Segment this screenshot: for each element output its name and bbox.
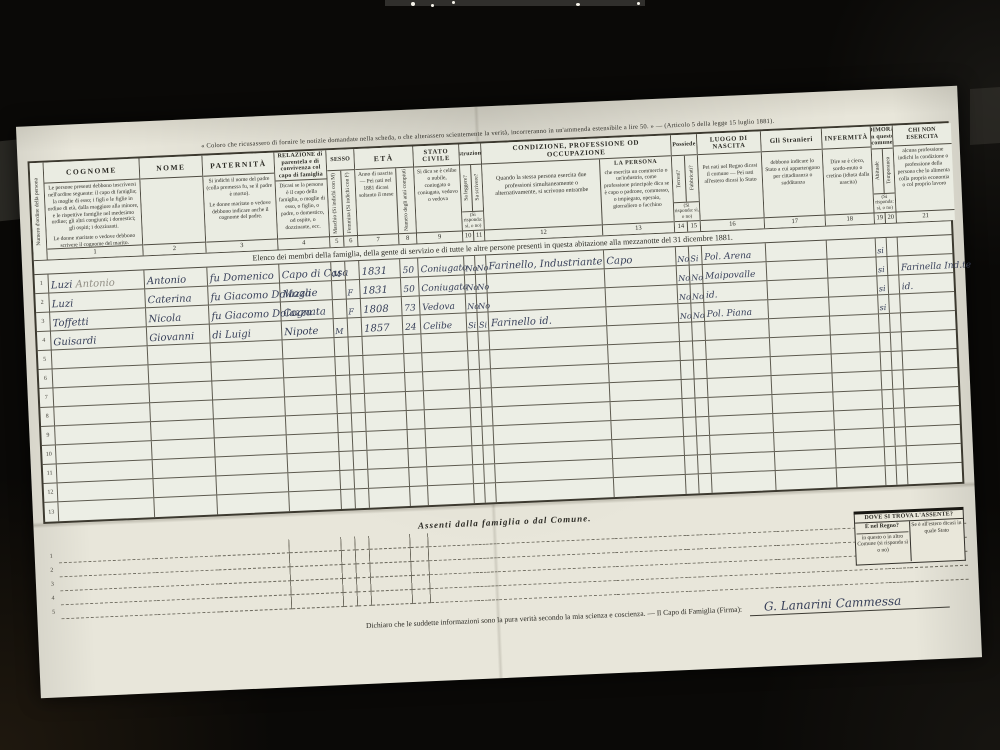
cell-stato-civile xyxy=(427,465,474,485)
cell-paternita: fu Domenico xyxy=(207,264,280,285)
cell-anni-compiuti xyxy=(403,334,422,353)
cell-chi-non-esercita xyxy=(903,368,962,389)
cell-sesso-m xyxy=(343,578,358,593)
cell-terreni xyxy=(686,474,700,494)
cell-sa-scrivere xyxy=(487,586,499,600)
cell-sesso-m xyxy=(340,470,355,489)
cell-anno-nascita xyxy=(368,468,410,488)
col-eta-label: ETÀ xyxy=(354,147,413,171)
cell-chi-non-esercita xyxy=(903,349,962,370)
cell-fabbricati xyxy=(692,322,706,341)
cell-stranieri xyxy=(767,260,829,281)
cell-anni-compiuti xyxy=(409,467,428,486)
cell-nome: Caterina xyxy=(145,287,209,308)
cell-stato-civile: Coniugato xyxy=(418,256,465,276)
cell-dimora-abituale xyxy=(881,371,893,389)
cell-dimora-abituale xyxy=(884,428,896,446)
cell-sa-scrivere: No xyxy=(477,293,489,311)
cell-fabbricati xyxy=(696,417,710,436)
cell-dimora-temporanea xyxy=(896,446,908,464)
cell-anni-compiuti xyxy=(407,410,426,429)
cell-infermita xyxy=(836,447,886,467)
cell-sa-scrivere: No xyxy=(476,274,488,292)
cell-relazione xyxy=(283,338,336,358)
col-group-eta: ETÀ Anno di nascita — Pei nati nel 1881 … xyxy=(354,147,417,246)
col-relazione-num: 4 xyxy=(278,236,329,249)
col-nome: NOME 2 xyxy=(139,156,206,256)
cell-terreni xyxy=(685,455,699,474)
cell-relazione: Cognata xyxy=(281,300,334,320)
census-sheet: « Coloro che ricusassero di fornire le n… xyxy=(16,86,982,699)
cell-anni-compiuti xyxy=(410,533,429,548)
cell-stato-civile xyxy=(426,427,473,447)
cell-stranieri xyxy=(776,468,838,490)
col-paternita-desc-2: Le donne maritate o vedove debbono indic… xyxy=(206,199,274,223)
row-number: 4 xyxy=(37,331,52,350)
cell-nome xyxy=(153,457,217,478)
cell-anno-nascita xyxy=(362,335,404,355)
cell-sesso-f: F xyxy=(347,299,362,318)
cell-chi-non-esercita: Farinella Ind.te xyxy=(898,254,957,275)
cell-dimora-abituale xyxy=(881,352,893,370)
cell-sa-leggere xyxy=(475,559,487,573)
cell-stato-civile: Coniugata xyxy=(419,275,466,295)
cell-paternita xyxy=(216,454,289,475)
dove-box-regno-desc: in questo o in altro Comune (si risponda… xyxy=(857,533,908,554)
cell-anno-nascita xyxy=(366,411,408,431)
cell-anni-compiuti xyxy=(410,486,429,506)
cell-terreni xyxy=(682,379,696,398)
cell-dimora-temporanea xyxy=(890,313,902,331)
cell-terreni xyxy=(686,521,700,536)
cell-sa-scrivere xyxy=(478,331,490,349)
cell-paternita xyxy=(217,492,290,514)
cell-sesso-m xyxy=(339,432,354,451)
cell-sesso-f xyxy=(358,592,373,607)
cell-paternita xyxy=(213,397,286,418)
cell-fabbricati xyxy=(701,577,715,592)
cell-fabbricati xyxy=(700,549,714,564)
cell-sa-scrivere xyxy=(484,464,496,482)
col-nome-label: NOME xyxy=(139,156,202,180)
cell-dimora-abituale xyxy=(882,390,894,408)
cell-anno-nascita xyxy=(367,449,409,469)
cell-sa-scrivere: Si xyxy=(478,312,490,330)
cell-fabbricati xyxy=(699,521,713,536)
cell-relazione xyxy=(285,395,338,415)
col-terreni-label: Terreni? xyxy=(675,169,682,188)
col-dimora-note: (Si risponda: sì, o no) xyxy=(874,192,896,212)
cell-stranieri xyxy=(770,335,832,356)
cell-nome xyxy=(153,476,217,497)
cell-stato-civile xyxy=(424,389,471,409)
photo-light-strip xyxy=(385,0,645,6)
cell-infermita xyxy=(837,466,887,487)
cell-dimora-abituale: si xyxy=(876,257,888,275)
cell-terreni xyxy=(687,549,701,564)
cell-anni-compiuti: 24 xyxy=(403,315,422,334)
cell-luogo-nascita: Pol. Piana xyxy=(704,300,769,321)
cell-fabbricati: No xyxy=(690,284,704,303)
cell-sa-leggere xyxy=(468,351,480,369)
cell-chi-non-esercita xyxy=(906,425,965,446)
col-group-condizione: CONDIZIONE, PROFESSIONE OD OCCUPAZIONE Q… xyxy=(481,135,675,240)
col-eta-anni-label: Numero degli anni compiuti xyxy=(402,169,411,231)
cell-sesso-m xyxy=(337,394,352,413)
cell-relazione xyxy=(287,433,340,453)
col-dimora-temporanea-label: Temporanea xyxy=(885,157,892,184)
row-number: 12 xyxy=(44,483,59,502)
cell-infermita xyxy=(833,390,883,410)
cell-anno-nascita: 1831 xyxy=(359,259,401,279)
row-number: 7 xyxy=(39,388,54,407)
col-stato-civile: STATO CIVILE Si dica se è celibe o nubil… xyxy=(413,145,463,244)
cell-stranieri xyxy=(769,316,831,337)
cell-stato-civile xyxy=(428,484,475,505)
cell-fabbricati xyxy=(698,455,712,474)
cell-sa-scrivere xyxy=(483,426,495,444)
col-sesso-nums: 56 xyxy=(330,235,357,247)
cell-fabbricati: No xyxy=(690,265,704,284)
cell-sesso-f xyxy=(353,432,368,451)
cell-dimora-abituale xyxy=(885,447,897,465)
cell-stato-civile xyxy=(421,332,468,352)
cell-nome xyxy=(157,598,221,615)
cell-anni-compiuti xyxy=(408,448,427,467)
col-infermita-label: INFERMITÀ xyxy=(822,127,871,150)
cell-sesso-f xyxy=(348,318,363,337)
cell-luogo-nascita xyxy=(708,395,773,416)
col-stato-desc: Si dica se è celibe o nubile, coniugato … xyxy=(414,166,462,233)
cell-sa-leggere: No xyxy=(465,275,477,293)
col-infermita: INFERMITÀ Dire se è cieco, sordo-muto o … xyxy=(822,127,875,226)
cell-relazione xyxy=(288,452,341,472)
cell-infermita xyxy=(831,333,881,353)
cell-chi-non-esercita: id. xyxy=(899,273,958,294)
col-relazione-desc: Dicasi se la persona è il capo della fam… xyxy=(276,180,329,239)
cell-professione xyxy=(496,478,615,502)
cell-luogo-nascita: id. xyxy=(703,281,768,302)
head-of-family-signature: G. Lanarini Cammessa xyxy=(750,592,950,617)
background-paper-edge xyxy=(970,87,1000,145)
col-dimora-abituale-label: Abituale xyxy=(874,161,881,180)
cell-dimora-abituale: si xyxy=(877,276,889,294)
cell-sesso-m xyxy=(341,489,356,509)
cell-sa-leggere xyxy=(472,427,484,445)
cell-relazione xyxy=(289,490,342,511)
cell-sesso-m xyxy=(342,550,357,565)
cell-anni-compiuti xyxy=(404,353,423,372)
cell-chi-non-esercita xyxy=(900,292,959,313)
cell-stranieri xyxy=(778,571,840,588)
cell-chi-non-esercita xyxy=(898,235,957,256)
cell-dimora-temporanea xyxy=(894,408,906,426)
cell-terreni xyxy=(680,341,694,360)
cell-infermita xyxy=(828,276,878,296)
col-la-persona-desc: LA PERSONA che esercita un commercio o u… xyxy=(600,156,674,224)
cell-la-persona: Capo xyxy=(604,247,677,268)
cell-anni-compiuti xyxy=(408,429,427,448)
cell-anni-compiuti: 50 xyxy=(401,277,420,296)
row-number: 3 xyxy=(36,313,51,332)
cell-sa-leggere xyxy=(474,531,486,545)
cell-anni-compiuti xyxy=(411,561,430,576)
cell-stranieri xyxy=(767,279,829,300)
cell-stranieri xyxy=(773,411,835,432)
cell-sa-leggere xyxy=(476,587,488,601)
col-dimora-label: DIMORA in questo comune xyxy=(871,126,893,150)
cell-sa-leggere xyxy=(473,465,485,483)
cell-stato-civile: Celibe xyxy=(421,313,468,333)
census-photo: { "colors":{"background":"#0a0907","pape… xyxy=(0,0,1000,750)
cell-cognome xyxy=(61,601,158,619)
col-istruzione-note: (Si risponda: sì, o no) xyxy=(462,210,484,230)
col-possiede-note: (Si risponda: sì, o no) xyxy=(674,201,700,222)
col-cognome: COGNOME Le persone presenti debbono insc… xyxy=(44,158,144,259)
cell-luogo-nascita: Maipovalle xyxy=(703,262,768,283)
col-luogo-desc: Pei nati nel Regno dicasi il comune — Pe… xyxy=(698,152,764,220)
row-number: 10 xyxy=(42,445,57,464)
row-number: 13 xyxy=(44,502,59,522)
cell-sa-scrivere: No xyxy=(475,255,487,273)
cell-sesso-f xyxy=(348,337,363,356)
cell-sesso-m xyxy=(332,281,347,300)
col-possiede-nums: 1415 xyxy=(675,220,700,232)
cell-infermita xyxy=(828,257,878,277)
col-stato-num: 9 xyxy=(417,230,462,243)
cell-fabbricati xyxy=(701,563,715,578)
cell-chi-non-esercita xyxy=(902,330,961,351)
cell-luogo-nascita xyxy=(709,414,774,435)
row-number: 8 xyxy=(40,407,55,426)
cell-infermita xyxy=(827,238,877,258)
cell-chi-non-esercita xyxy=(910,566,969,583)
cell-nome: Giovanni xyxy=(147,325,211,346)
cell-paternita xyxy=(211,340,284,361)
cell-sesso-f xyxy=(345,261,360,280)
cell-paternita xyxy=(215,435,288,456)
cell-sesso-f xyxy=(351,394,366,413)
dust-speck xyxy=(431,4,434,7)
cell-la-persona xyxy=(616,578,689,595)
cell-la-persona xyxy=(606,304,679,325)
cell-terreni xyxy=(686,535,700,550)
cell-chi-non-esercita xyxy=(907,444,966,465)
cell-sesso-f xyxy=(352,413,367,432)
cell-terreni xyxy=(688,577,702,592)
cell-luogo-nascita xyxy=(706,338,771,359)
cell-stranieri xyxy=(772,373,834,394)
cell-dimora-abituale xyxy=(886,466,898,485)
dust-speck xyxy=(452,1,455,4)
col-chi-desc: alcuna professione indichi la condizione… xyxy=(894,144,955,211)
cell-stato-civile xyxy=(425,408,472,428)
col-istruzione-label: Istruzione xyxy=(459,144,481,166)
cell-stranieri xyxy=(771,354,833,375)
cell-terreni xyxy=(684,436,698,455)
cell-sesso-m xyxy=(338,413,353,432)
cell-dimora-temporanea xyxy=(888,275,900,293)
cell-infermita xyxy=(833,371,883,391)
cell-dimora-temporanea xyxy=(892,351,904,369)
cell-stranieri xyxy=(766,241,828,262)
cell-anno-nascita xyxy=(364,373,406,393)
cell-anni-compiuti xyxy=(412,575,431,590)
cell-terreni: No xyxy=(676,247,690,266)
cell-paternita: fu Giacomo Dolazza xyxy=(208,283,281,304)
cell-anni-compiuti xyxy=(405,372,424,391)
cell-stranieri xyxy=(768,298,830,319)
cell-sesso-f xyxy=(354,470,369,489)
cell-fabbricati: No xyxy=(691,303,705,322)
col-eta-anno-desc: Anno di nascita — Pei nati nel 1881 dica… xyxy=(355,168,398,235)
cell-dimora-temporanea xyxy=(887,256,899,274)
cell-sa-scrivere xyxy=(481,388,493,406)
cell-la-persona xyxy=(614,475,687,497)
col-chi-non-esercita: CHI NON ESERCITA alcuna professione indi… xyxy=(893,123,955,222)
cell-terreni xyxy=(681,360,695,379)
col-relazione-label: RELAZIONE di parentela e di convivenza c… xyxy=(274,150,326,182)
cell-relazione: Capo di Casa xyxy=(279,262,332,282)
cell-sesso-f xyxy=(356,564,371,579)
cell-dimora-temporanea xyxy=(893,389,905,407)
cell-sa-leggere xyxy=(474,484,486,503)
cell-paternita xyxy=(220,595,293,612)
cell-luogo-nascita xyxy=(705,319,770,340)
cell-la-persona xyxy=(610,380,683,401)
cell-sesso-m xyxy=(336,375,351,394)
cell-nome xyxy=(154,495,218,517)
cell-sesso-f xyxy=(355,489,370,509)
cell-sesso-m: M xyxy=(331,262,346,281)
cell-sesso-m xyxy=(341,536,356,551)
cell-la-persona xyxy=(611,418,684,439)
declaration-text: Dichiaro che le suddette informazioni so… xyxy=(366,605,742,630)
cell-infermita xyxy=(835,428,885,448)
col-sesso-label: SESSO xyxy=(326,149,354,171)
cell-relazione xyxy=(288,471,341,491)
cell-stato-civile xyxy=(431,587,478,603)
cell-sa-scrivere xyxy=(485,483,497,502)
dust-speck xyxy=(637,2,640,5)
cell-la-persona xyxy=(608,342,681,363)
cell-chi-non-esercita xyxy=(908,463,967,485)
cell-fabbricati xyxy=(695,379,709,398)
col-cognome-desc: Le persone presenti debbono inscriversi … xyxy=(44,179,142,248)
cell-anni-compiuti: 73 xyxy=(402,296,421,315)
cell-stato-civile xyxy=(423,370,470,390)
dust-speck xyxy=(576,3,580,6)
cell-terreni: No xyxy=(677,266,691,285)
cell-sa-scrivere xyxy=(483,445,495,463)
cell-fabbricati xyxy=(694,360,708,379)
cell-relazione xyxy=(292,593,345,609)
cell-luogo-nascita: Pol. Arena xyxy=(702,243,767,264)
cell-sesso-m xyxy=(335,356,350,375)
cell-terreni xyxy=(688,563,702,578)
cell-dimora-temporanea xyxy=(895,427,907,445)
cell-sesso-f xyxy=(356,550,371,565)
cell-anni-compiuti xyxy=(406,391,425,410)
dove-box-regno-cell: È nel Regno? in questo o in altro Comune… xyxy=(855,521,911,563)
cell-la-persona xyxy=(609,361,682,382)
cell-anno-nascita: 1831 xyxy=(360,278,402,298)
cell-anno-nascita xyxy=(363,354,405,374)
cell-anno-nascita: 1857 xyxy=(362,316,404,336)
cell-fabbricati xyxy=(699,535,713,550)
cell-anni-compiuti xyxy=(413,589,432,604)
cell-relazione xyxy=(283,357,336,377)
cell-la-persona xyxy=(611,399,684,420)
row-number: 2 xyxy=(35,294,50,313)
dove-box-estero-cell: Se è all'estero dicasi in quale Stato xyxy=(910,519,965,561)
cell-sa-scrivere xyxy=(486,544,498,558)
row-number: 9 xyxy=(41,426,56,445)
cell-sa-leggere xyxy=(467,332,479,350)
cell-luogo-nascita xyxy=(707,357,772,378)
cell-paternita: fu Giacomo Dolazza xyxy=(209,302,282,323)
cell-dimora-abituale: si xyxy=(878,295,890,313)
cell-stato-civile: Vedova xyxy=(420,294,467,314)
col-nome-desc xyxy=(140,177,205,245)
col-luogo-nascita: LUOGO DI NASCITA Pei nati nel Regno dica… xyxy=(697,131,765,231)
col-paternita-desc: Si indichi il nome del padre (colla prem… xyxy=(203,174,277,242)
cell-sesso-m xyxy=(344,592,359,607)
cell-la-persona xyxy=(612,437,685,458)
cell-sesso-m: M xyxy=(334,319,349,338)
cell-paternita xyxy=(212,378,285,399)
col-paternita-desc-1: Si indichi il nome del padre (colla prem… xyxy=(206,176,272,198)
cell-paternita: di Luigi xyxy=(210,321,283,342)
cell-sa-scrivere xyxy=(485,530,497,544)
cell-dimora-abituale: si xyxy=(876,238,888,256)
cell-sa-leggere: Si xyxy=(467,313,479,331)
cell-fabbricati xyxy=(697,436,711,455)
cell-paternita xyxy=(214,416,287,437)
cell-nome xyxy=(151,419,215,440)
col-sa-scrivere-label: Sa scrivere? xyxy=(473,174,480,201)
cell-dimora-temporanea xyxy=(899,568,911,582)
col-group-sesso: SESSO Maschio (Si indichi con M) Femmina… xyxy=(326,149,358,247)
cell-sa-scrivere xyxy=(482,407,494,425)
cell-dimora-temporanea xyxy=(887,237,899,255)
cell-sa-leggere xyxy=(472,446,484,464)
cell-sesso-m xyxy=(333,300,348,319)
cell-sa-scrivere xyxy=(479,350,491,368)
cell-infermita xyxy=(829,295,879,315)
cell-stranieri xyxy=(775,449,837,470)
col-fabbricati-label: Fabbricati? xyxy=(688,166,695,191)
cell-cognome xyxy=(58,498,155,521)
cell-dimora-abituale xyxy=(888,569,900,583)
cell-nome xyxy=(152,438,216,459)
row-number: 1 xyxy=(34,275,49,294)
cell-relazione: Nipote xyxy=(282,319,335,339)
col-sesso-f-label: Femmina (Si indichi con F) xyxy=(345,172,354,233)
cell-sa-scrivere xyxy=(480,369,492,387)
cell-anni-compiuti: 50 xyxy=(400,258,419,277)
cell-relazione xyxy=(286,414,339,434)
cell-nome: Nicola xyxy=(146,306,210,327)
cell-fabbricati xyxy=(699,474,713,494)
row-number: 1 xyxy=(44,549,59,564)
cell-sa-leggere xyxy=(476,573,488,587)
cell-chi-non-esercita xyxy=(901,311,960,332)
col-sesso-m-label: Maschio (Si indichi con M) xyxy=(331,173,340,234)
cell-fabbricati xyxy=(693,341,707,360)
cell-infermita xyxy=(832,352,882,372)
cell-nome xyxy=(149,381,213,402)
